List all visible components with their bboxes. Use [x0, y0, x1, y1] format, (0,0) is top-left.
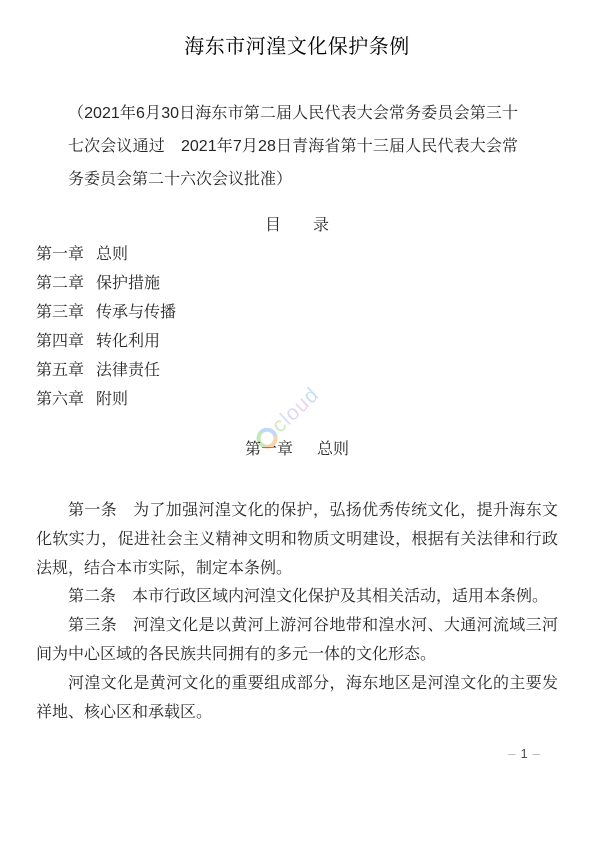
toc-chapter-title: 保护措施	[96, 275, 160, 292]
article-3-continuation-paragraph: 河湟文化是黄河文化的重要组成部分，海东地区是河湟文化的主要发祥地、核心区和承载区…	[36, 670, 558, 728]
toc-chapter-title: 法律责任	[96, 362, 160, 379]
page-number: –1–	[503, 746, 545, 762]
article-3-paragraph: 第三条河湟文化是以黄河上游河谷地带和湟水河、大通河流域三河间为中心区域的各民族共…	[36, 612, 558, 670]
document-page: 海东市河湟文化保护条例 （2021年6月30日海东市第二届人民代表大会常务委员会…	[0, 0, 595, 727]
toc-item-chapter2: 第二章保护措施	[36, 269, 558, 298]
toc-chapter-title: 附则	[96, 391, 128, 408]
chapter-title: 总则	[317, 441, 349, 458]
article-1-paragraph: 第一条为了加强河湟文化的保护，弘扬优秀传统文化，提升海东文化软实力，促进社会主义…	[36, 497, 558, 583]
page-title: 海东市河湟文化保护条例	[36, 33, 558, 61]
article-2-paragraph: 第二条本市行政区域内河湟文化保护及其相关活动，适用本条例。	[36, 583, 558, 612]
article-1-number: 第一条	[68, 502, 117, 519]
article-3b-text: 河湟文化是黄河文化的重要组成部分，海东地区是河湟文化的主要发祥地、核心区和承载区…	[36, 675, 558, 721]
toc-list: 第一章总则 第二章保护措施 第三章传承与传播 第四章转化利用 第五章法律责任 第…	[36, 240, 558, 414]
toc-chapter-number: 第三章	[36, 304, 84, 321]
toc-item-chapter4: 第四章转化利用	[36, 327, 558, 356]
article-2-number: 第二条	[68, 588, 116, 605]
page-number-left-dash: –	[508, 746, 515, 761]
article-2-text: 本市行政区域内河湟文化保护及其相关活动，适用本条例。	[132, 588, 548, 605]
toc-chapter-number: 第二章	[36, 275, 84, 292]
toc-item-chapter6: 第六章附则	[36, 385, 558, 414]
toc-chapter-number: 第五章	[36, 362, 84, 379]
page-number-right-dash: –	[533, 746, 540, 761]
toc-chapter-number: 第六章	[36, 391, 84, 408]
chapter-one-heading: 第一章总则	[36, 436, 558, 464]
toc-item-chapter1: 第一章总则	[36, 240, 558, 269]
toc-item-chapter5: 第五章法律责任	[36, 356, 558, 385]
toc-chapter-title: 转化利用	[96, 333, 160, 350]
toc-chapter-number: 第一章	[36, 246, 84, 263]
toc-chapter-number: 第四章	[36, 333, 84, 350]
toc-chapter-title: 传承与传播	[96, 304, 176, 321]
page-number-value: 1	[521, 746, 528, 761]
toc-item-chapter3: 第三章传承与传播	[36, 298, 558, 327]
preamble-text: （2021年6月30日海东市第二届人民代表大会常务委员会第三十七次会议通过 20…	[68, 97, 518, 196]
chapter-number: 第一章	[245, 441, 293, 458]
article-body: 第一条为了加强河湟文化的保护，弘扬优秀传统文化，提升海东文化软实力，促进社会主义…	[36, 497, 558, 727]
article-3-number: 第三条	[68, 617, 117, 634]
toc-chapter-title: 总则	[96, 246, 128, 263]
toc-heading: 目 录	[36, 211, 558, 240]
